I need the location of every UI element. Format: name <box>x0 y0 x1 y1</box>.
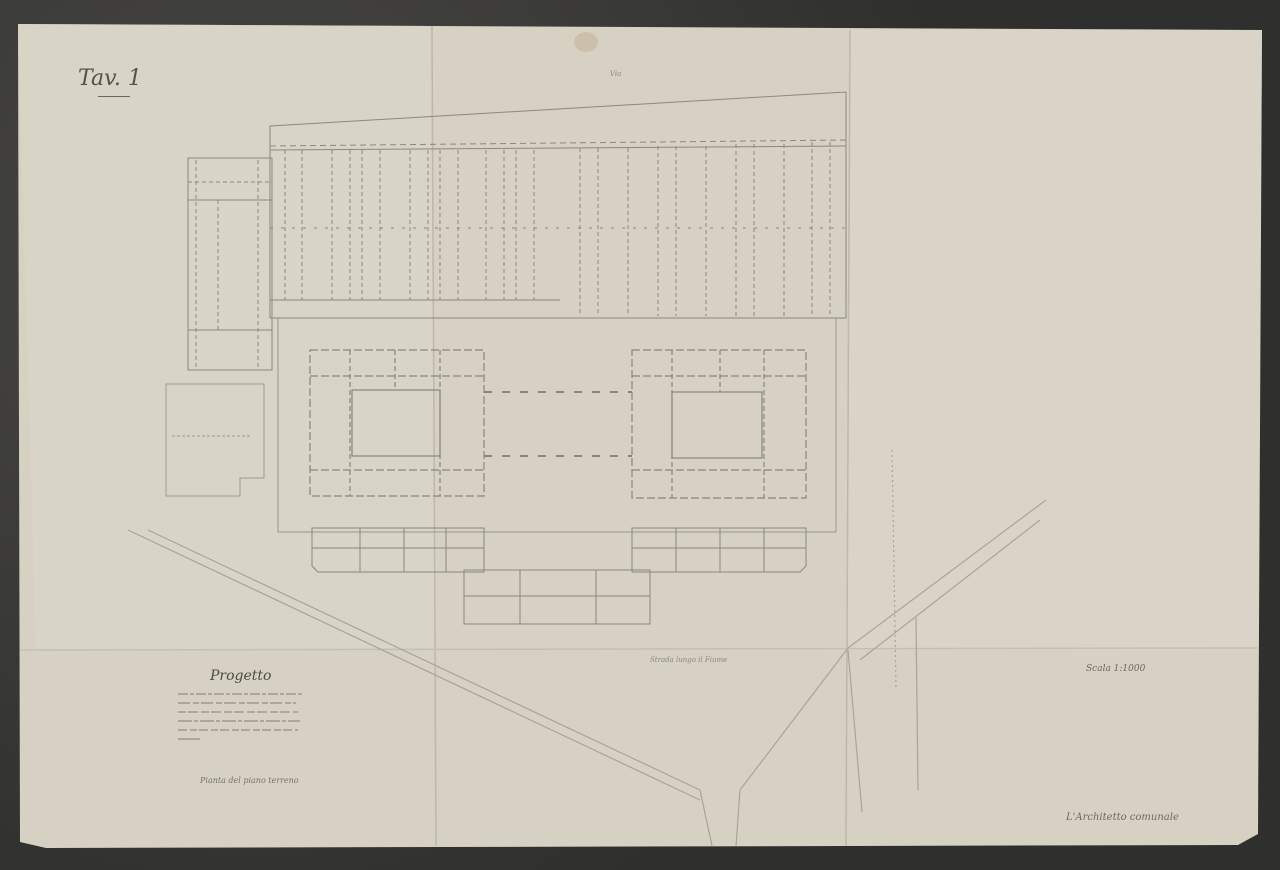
plan-subtitle: Pianta del piano terreno <box>200 776 299 785</box>
plate-label-underline <box>98 96 130 97</box>
road-label-top: Via <box>610 70 621 78</box>
road-label-bottom: Strada lungo il Fiume <box>650 656 727 664</box>
project-title: Progetto <box>210 668 271 684</box>
plate-label: Tav. 1 <box>78 66 142 91</box>
scale-label: Scala 1:1000 <box>1086 664 1145 674</box>
architect-signature: L'Architetto comunale <box>1066 812 1179 823</box>
drawing-sheet <box>0 0 1280 870</box>
